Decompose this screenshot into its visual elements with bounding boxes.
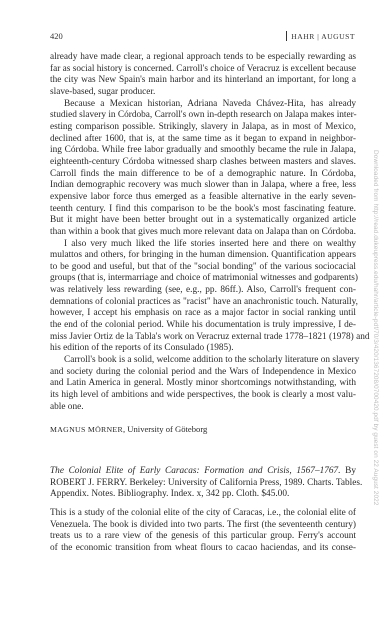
running-head: HAHR | AUGUST bbox=[286, 31, 355, 41]
citation-text: By bbox=[341, 466, 356, 476]
text-line: the city was New Spain's main harbor and… bbox=[50, 75, 356, 87]
text-line: declined after 1600, that is, at the sam… bbox=[50, 134, 356, 146]
text-line: demnations of colonial practices as "rac… bbox=[50, 297, 356, 309]
text-line: This is a study of the colonial elite of… bbox=[50, 508, 356, 520]
reviewer-signature: MAGNUS MÖRNER, University of Göteborg bbox=[50, 424, 356, 436]
review1-paragraph-4: Carroll's book is a solid, welcome addit… bbox=[50, 355, 356, 413]
running-head-text: HAHR | AUGUST bbox=[291, 32, 355, 41]
text-line: miss Javier Ortiz de la Tabla's work on … bbox=[50, 332, 356, 344]
text-line: the end of the colonial period. While hi… bbox=[50, 320, 356, 332]
text-line: and society during the colonial period a… bbox=[50, 367, 356, 379]
citation-line: Appendix. Notes. Bibliography. Index. x,… bbox=[50, 489, 356, 501]
text-line: was relatively less rewarding (see, e.g.… bbox=[50, 285, 356, 297]
citation-line: ROBERT J. FERRY. Berkeley: University of… bbox=[50, 478, 356, 490]
text-line: slave-based, sugar producer. bbox=[50, 87, 356, 99]
text-line: of the economic transition from wheat fl… bbox=[50, 543, 356, 555]
text-line: Indian demographic recovery was much slo… bbox=[50, 180, 356, 192]
text-line: however, I accept his emphasis on race a… bbox=[50, 308, 356, 320]
text-line: his edition of the reports of its Consul… bbox=[50, 343, 356, 355]
text-line: able one. bbox=[50, 402, 356, 414]
text-line: studied slavery in Córdoba, Carroll's ow… bbox=[50, 110, 356, 122]
text-line: far as social history is concerned. Carr… bbox=[50, 64, 356, 76]
review1-paragraph-1: already have made clear, a regional appr… bbox=[50, 52, 356, 99]
page-header: 420 HAHR | AUGUST bbox=[50, 31, 355, 43]
text-line: its high level of ambitions and wide per… bbox=[50, 390, 356, 402]
text-line: But it might have been better brought ou… bbox=[50, 215, 356, 227]
text-line: ing Córdoba. While free labor gradually … bbox=[50, 145, 356, 157]
book-citation: The Colonial Elite of Early Caracas: For… bbox=[50, 466, 356, 501]
review2-paragraph-1: This is a study of the colonial elite of… bbox=[50, 508, 356, 555]
divider-bar bbox=[286, 31, 287, 41]
reviewer-name: MAGNUS MÖRNER bbox=[50, 425, 123, 434]
text-line: Carroll's book is a solid, welcome addit… bbox=[50, 355, 356, 367]
book-title: The Colonial Elite of Early Caracas: For… bbox=[50, 466, 341, 476]
citation-line: The Colonial Elite of Early Caracas: For… bbox=[50, 466, 356, 478]
text-line: and Latin America in general. Mostly min… bbox=[50, 378, 356, 390]
review1-paragraph-2: Because a Mexican historian, Adriana Nav… bbox=[50, 99, 356, 239]
text-line: esting comparison possible. Strikingly, … bbox=[50, 122, 356, 134]
text-line: Because a Mexican historian, Adriana Nav… bbox=[50, 99, 356, 111]
text-line: I also very much liked the life stories … bbox=[50, 239, 356, 251]
text-line: treats us to a rare view of the genesis … bbox=[50, 531, 356, 543]
watermark-text: Downloaded from http://read.dukeupress.e… bbox=[372, 150, 379, 505]
text-line: than within a book that gives much more … bbox=[50, 227, 356, 239]
text-line: eighteenth-century Córdoba witnessed sha… bbox=[50, 157, 356, 169]
text-line: already have made clear, a regional appr… bbox=[50, 52, 356, 64]
review1-paragraph-3: I also very much liked the life stories … bbox=[50, 239, 356, 356]
text-line: Carroll finds the main difference to be … bbox=[50, 169, 356, 181]
text-line: teenth century. I find this comparison t… bbox=[50, 204, 356, 216]
text-line: expensive labor force thus emerged as a … bbox=[50, 192, 356, 204]
page-number: 420 bbox=[50, 31, 63, 41]
text-line: mulattos and others, for bringing in the… bbox=[50, 250, 356, 262]
reviewer-affiliation: , University of Göteborg bbox=[123, 424, 207, 434]
text-line: Venezuela. The book is divided into two … bbox=[50, 520, 356, 532]
download-watermark: Downloaded from http://read.dukeupress.e… bbox=[370, 150, 380, 590]
text-line: to be good and useful, but that of the "… bbox=[50, 262, 356, 274]
text-line: groups (that is, intermarriage and choic… bbox=[50, 273, 356, 285]
page-body: already have made clear, a regional appr… bbox=[50, 52, 356, 555]
